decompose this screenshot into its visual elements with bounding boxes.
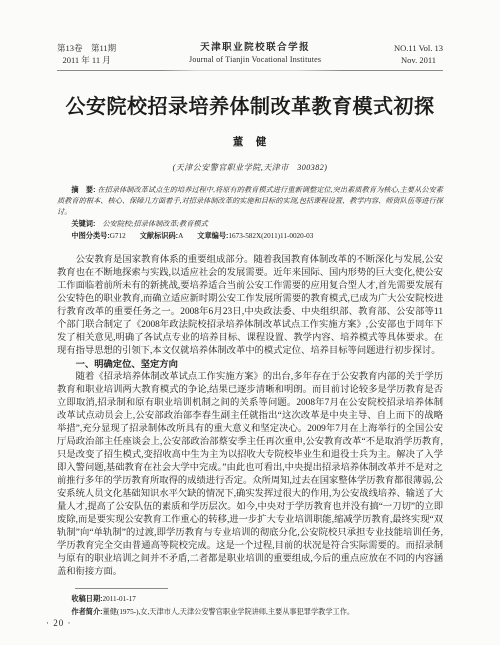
clc-value: G712 <box>110 232 126 240</box>
issue-date-en: Nov. 2011 <box>394 54 443 66</box>
abstract-text: 在招录体制改革试点生的培养过程中,将原有的教育模式进行重新调整定位,突出素质教育… <box>57 186 443 216</box>
header-divider <box>57 70 443 71</box>
journal-page: 第13卷 第11期 2011 年 11 月 天津职业院校联合学报 Journal… <box>0 0 500 645</box>
journal-header: 第13卷 第11期 2011 年 11 月 天津职业院校联合学报 Journal… <box>57 42 443 66</box>
journal-name-cn: 天津职业院校联合学报 <box>189 42 321 54</box>
received-date-value: 2011-01-17 <box>103 595 136 603</box>
section-heading-1: 一、明确定位、坚定方向 <box>57 358 443 371</box>
journal-name: 天津职业院校联合学报 Journal of Tianjin Vocational… <box>189 42 321 66</box>
article-id-value: 1673-582X(2011)11-0020-03 <box>228 232 313 240</box>
volume-issue: 第13卷 第11期 <box>57 42 116 54</box>
volume-no-en: NO.11 Vol. 13 <box>394 42 443 54</box>
abstract-paragraph: 摘 要: 在招录体制改革试点生的培养过程中,将原有的教育模式进行重新调整定位,突… <box>57 184 443 218</box>
article-id-label: 文章编号: <box>197 231 228 240</box>
header-volume-info: NO.11 Vol. 13 Nov. 2011 <box>394 42 443 66</box>
article-title: 公安院校招录培养体制改革教育模式初探 <box>57 90 443 119</box>
author-bio-line: 作者简介:董健(1975-),女,天津市人,天津公安警官职业学院讲师,主要从事犯… <box>57 606 443 619</box>
footnote-divider <box>75 588 168 589</box>
received-date-line: 收稿日期:2011-01-17 <box>57 593 443 606</box>
received-date-label: 收稿日期: <box>71 594 102 603</box>
author-bio-label: 作者简介: <box>71 607 102 616</box>
classification-line: 中图分类号:G712文献标识码:A文章编号:1673-582X(2011)11-… <box>57 230 443 242</box>
clc-label: 中图分类号: <box>71 231 109 240</box>
journal-name-en: Journal of Tianjin Vocational Institutes <box>189 54 321 66</box>
header-issue-info: 第13卷 第11期 2011 年 11 月 <box>57 42 116 66</box>
keywords-label: 关键词: <box>71 219 95 228</box>
abstract-label: 摘 要: <box>71 185 95 194</box>
page-number: · 20 · <box>46 618 72 628</box>
body-paragraph-2: 随着《招录培养体制改革试点工作实施方案》的出台,多年存在于公安教育内部的关于学历… <box>57 371 443 579</box>
abstract-block: 摘 要: 在招录体制改革试点生的培养过程中,将原有的教育模式进行重新调整定位,突… <box>57 184 443 242</box>
keywords-text: 公安院校;招录体制改革;教育模式 <box>102 220 207 228</box>
issue-date-cn: 2011 年 11 月 <box>57 54 116 66</box>
article-body: 公安教育是国家教育体系的重要组成部分。随着我国教育体制改革的不断深化与发展,公安… <box>57 254 443 579</box>
footnote-block: 收稿日期:2011-01-17 作者简介:董健(1975-),女,天津市人,天津… <box>57 593 443 618</box>
article-author: 董 健 <box>57 134 443 149</box>
doc-code-value: A <box>178 232 183 240</box>
keywords-line: 关键词:公安院校;招录体制改革;教育模式 <box>57 218 443 230</box>
doc-code-label: 文献标识码: <box>140 231 178 240</box>
author-affiliation: (天津公安警官职业学院,天津市 300382) <box>57 162 443 173</box>
body-paragraph-1: 公安教育是国家教育体系的重要组成部分。随着我国教育体制改革的不断深化与发展,公安… <box>57 254 443 358</box>
author-bio-value: 董健(1975-),女,天津市人,天津公安警官职业学院讲师,主要从事犯罪学教学工… <box>103 608 355 616</box>
